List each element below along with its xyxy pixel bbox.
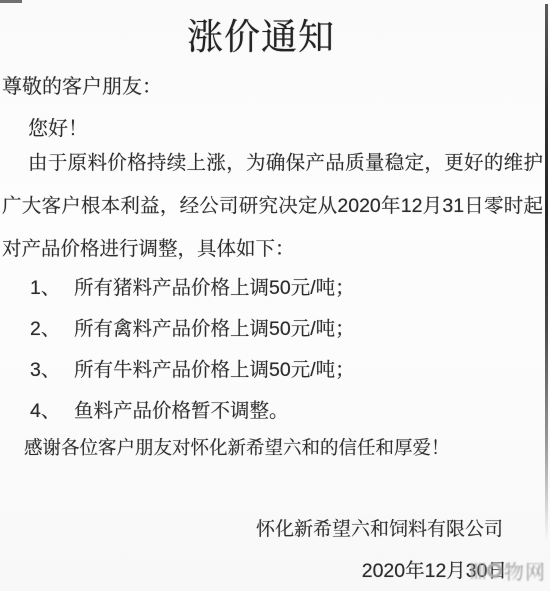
salutation-line: 您好！ (28, 112, 88, 141)
greeting-line: 尊敬的客户朋友： (2, 70, 162, 99)
item-text: 所有猪料产品价格上调50元/吨； (74, 277, 355, 299)
item-text: 鱼料产品价格暂不调整。 (74, 400, 289, 422)
watermark-smudge (471, 563, 485, 579)
price-notice-photo: 涨价通知 尊敬的客户朋友： 您好！ 由于原料价格持续上涨，为确保产品质量稳定，更… (0, 0, 550, 591)
item-number: 1、 (30, 272, 74, 300)
price-item-2: 2、所有禽料产品价格上调50元/吨； (30, 313, 355, 341)
body-paragraph-line-2: 广大客户根本利益，经公司研究决定从2020年12月31日零时起 (2, 190, 543, 218)
price-item-1: 1、所有猪料产品价格上调50元/吨； (30, 272, 355, 300)
price-item-4: 4、鱼料产品价格暂不调整。 (30, 395, 289, 423)
watermark-text: 物网 (504, 556, 546, 585)
site-watermark: 物网 (471, 556, 546, 585)
company-signature: 怀化新希望六和饲料有限公司 (256, 514, 503, 541)
item-number: 4、 (30, 395, 74, 423)
notice-title: 涨价通知 (0, 9, 522, 60)
item-number: 3、 (30, 354, 74, 382)
item-number: 2、 (30, 313, 74, 341)
photo-edge-line (545, 4, 548, 542)
thanks-line: 感谢各位客户朋友对怀化新希望六和的信任和厚爱！ (24, 434, 450, 460)
body-paragraph-line-3: 对产品价格进行调整，具体如下： (2, 233, 543, 261)
body-paragraph-line-1: 由于原料价格持续上涨，为确保产品质量稳定，更好的维护 (28, 147, 543, 175)
photo-corner-artifact (0, 0, 22, 3)
item-text: 所有禽料产品价格上调50元/吨； (74, 318, 355, 340)
item-text: 所有牛料产品价格上调50元/吨； (74, 359, 355, 381)
watermark-logo-icon (487, 563, 502, 578)
price-item-3: 3、所有牛料产品价格上调50元/吨； (30, 354, 355, 382)
